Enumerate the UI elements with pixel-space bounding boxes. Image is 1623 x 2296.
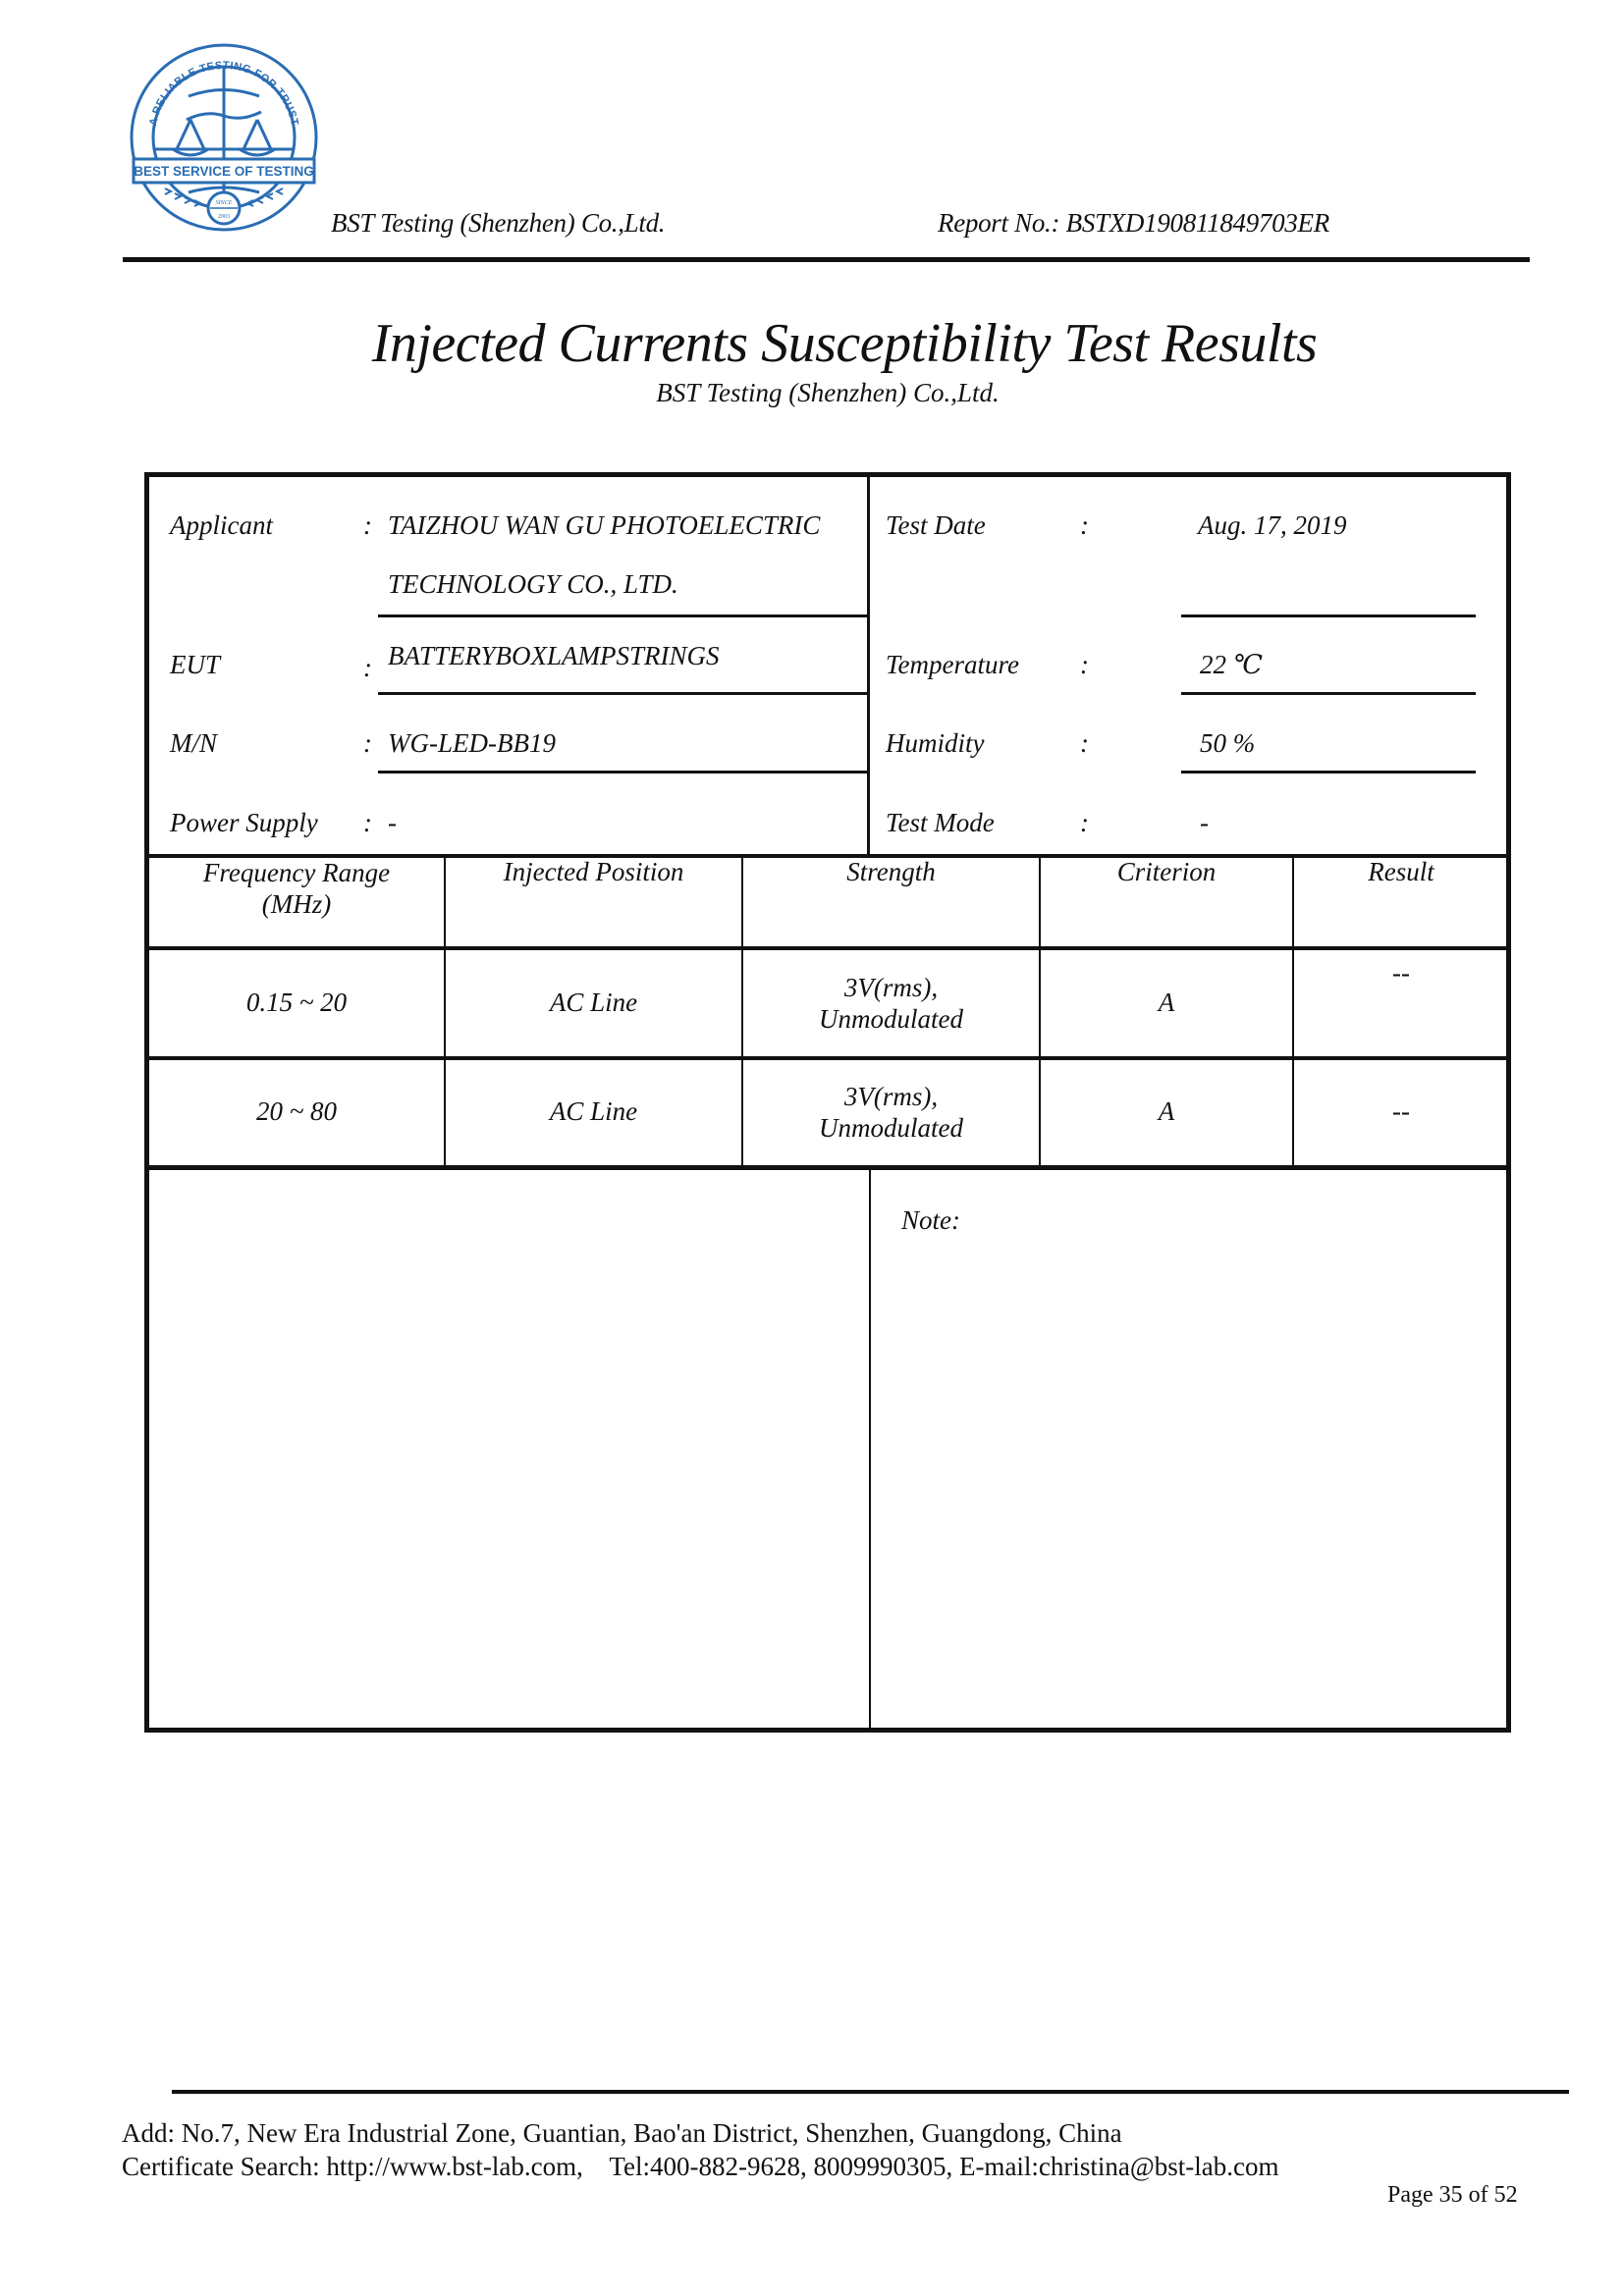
row2-frequency: 20 ~ 80: [149, 1096, 444, 1127]
row1-strength-line1: 3V(rms),: [743, 972, 1039, 1003]
row2-criterion: A: [1041, 1096, 1292, 1127]
humidity-underline: [1181, 771, 1476, 774]
col-header-result: Result: [1294, 857, 1508, 887]
eut-value: BATTERYBOXLAMPSTRINGS: [388, 641, 720, 671]
header-divider: [123, 257, 1530, 262]
row2-strength: 3V(rms), Unmodulated: [743, 1081, 1039, 1144]
temperature-value: 22 ℃: [1200, 650, 1263, 680]
test-date-underline: [1181, 614, 1476, 617]
mn-underline: [378, 771, 867, 774]
note-column-divider: [869, 1169, 871, 1728]
page-subtitle: BST Testing (Shenzhen) Co.,Ltd.: [0, 378, 1623, 408]
company-logo-seal: A RELIABLE TESTING FOR TRUST BEST SERVIC…: [126, 39, 322, 236]
grid-row1-rule: [147, 1056, 1508, 1060]
row2-result: --: [1294, 1096, 1508, 1127]
test-mode-sep: :: [1080, 808, 1089, 838]
test-date-label: Test Date: [886, 510, 986, 541]
eut-underline: [378, 692, 867, 695]
header-report-number: Report No.: BSTXD190811849703ER: [938, 208, 1329, 239]
applicant-sep: :: [363, 510, 372, 541]
applicant-underline: [378, 614, 867, 617]
eut-label: EUT: [170, 650, 220, 680]
power-supply-value: -: [388, 808, 397, 838]
col-header-position: Injected Position: [446, 857, 741, 887]
header-company-name: BST Testing (Shenzhen) Co.,Ltd.: [331, 208, 665, 239]
row1-frequency: 0.15 ~ 20: [149, 988, 444, 1018]
col-header-frequency: Frequency Range (MHz): [149, 857, 444, 920]
test-mode-label: Test Mode: [886, 808, 995, 838]
eut-sep: :: [363, 653, 372, 683]
footer-address: Add: No.7, New Era Industrial Zone, Guan…: [122, 2118, 1122, 2149]
mn-sep: :: [363, 728, 372, 759]
test-mode-value: -: [1200, 808, 1209, 838]
grid-header-rule: [147, 946, 1508, 950]
applicant-label: Applicant: [170, 510, 273, 541]
footer-divider: [172, 2090, 1569, 2094]
row1-strength-line2: Unmodulated: [743, 1003, 1039, 1035]
plot-area-blank: [149, 1170, 869, 1728]
info-column-divider: [867, 477, 870, 856]
footer-contact: Certificate Search: http://www.bst-lab.c…: [122, 2152, 1278, 2182]
note-label: Note:: [901, 1205, 960, 1236]
svg-text:BEST SERVICE OF TESTING: BEST SERVICE OF TESTING: [134, 164, 314, 179]
col-header-frequency-label: Frequency Range: [149, 857, 444, 888]
humidity-label: Humidity: [886, 728, 985, 759]
applicant-value-line1: TAIZHOU WAN GU PHOTOELECTRIC: [388, 510, 820, 541]
temperature-label: Temperature: [886, 650, 1019, 680]
col-header-frequency-unit: (MHz): [149, 888, 444, 920]
power-supply-sep: :: [363, 808, 372, 838]
page-title: Injected Currents Susceptibility Test Re…: [0, 312, 1623, 375]
row1-strength: 3V(rms), Unmodulated: [743, 972, 1039, 1035]
row1-position: AC Line: [446, 988, 741, 1018]
test-date-sep: :: [1080, 510, 1089, 541]
power-supply-label: Power Supply: [170, 808, 318, 838]
humidity-sep: :: [1080, 728, 1089, 759]
scales-of-justice-seal-icon: A RELIABLE TESTING FOR TRUST BEST SERVIC…: [126, 39, 322, 236]
applicant-value-line2: TECHNOLOGY CO., LTD.: [388, 569, 678, 600]
col-header-criterion: Criterion: [1041, 857, 1292, 887]
row1-criterion: A: [1041, 988, 1292, 1018]
svg-text:SINCE: SINCE: [216, 200, 233, 206]
test-date-value: Aug. 17, 2019: [1198, 510, 1347, 541]
page-number: Page 35 of 52: [1387, 2182, 1518, 2209]
humidity-value: 50 %: [1200, 728, 1255, 759]
row2-strength-line2: Unmodulated: [743, 1112, 1039, 1144]
mn-value: WG-LED-BB19: [388, 728, 556, 759]
row2-strength-line1: 3V(rms),: [743, 1081, 1039, 1112]
temperature-sep: :: [1080, 650, 1089, 680]
row2-position: AC Line: [446, 1096, 741, 1127]
mn-label: M/N: [170, 728, 217, 759]
temperature-underline: [1181, 692, 1476, 695]
svg-text:2003: 2003: [218, 214, 230, 220]
row1-result: --: [1294, 958, 1508, 988]
col-header-strength: Strength: [743, 857, 1039, 887]
